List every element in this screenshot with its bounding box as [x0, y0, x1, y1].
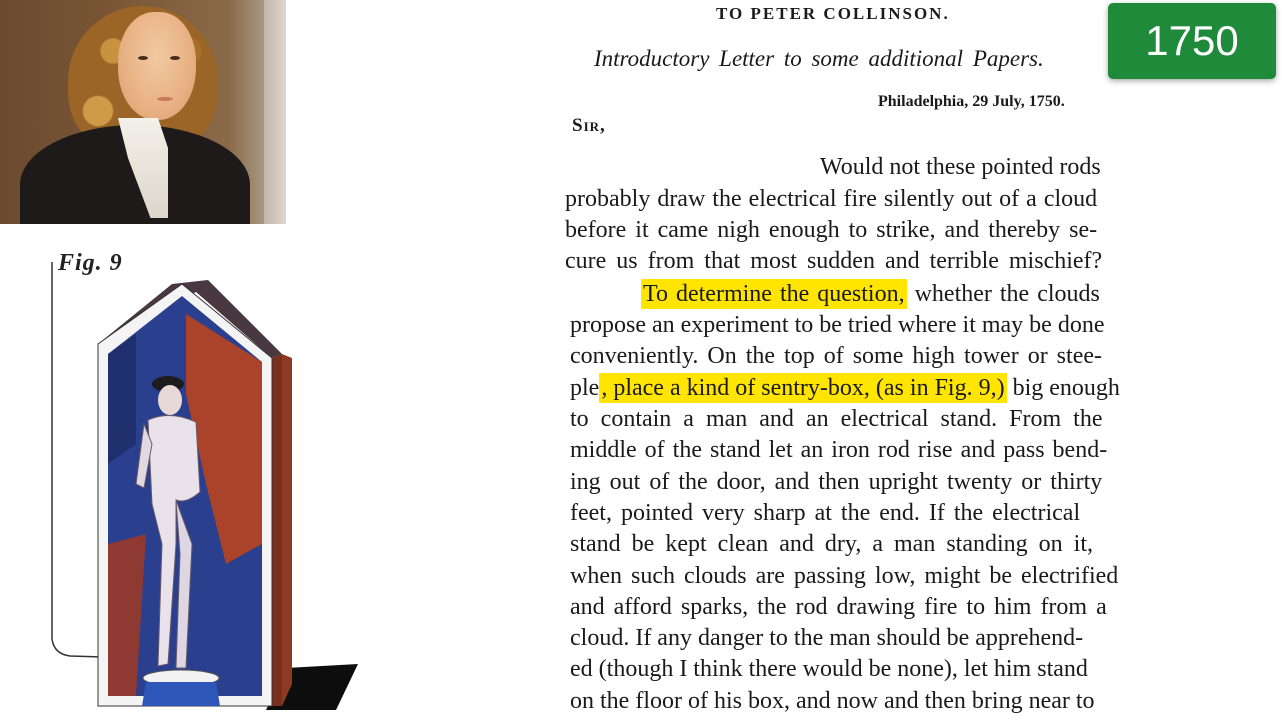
text-line: probably draw the electrical fire silent… — [565, 184, 1097, 215]
letter-dateline: Philadelphia, 29 July, 1750. — [878, 93, 1065, 111]
text-line-highlighted: ple, place a kind of sentry-box, (as in … — [570, 373, 1120, 404]
letter-salutation: Sir, — [572, 115, 606, 137]
text-line: ing out of the door, and then upright tw… — [570, 467, 1102, 498]
line-post: big enough — [1007, 375, 1120, 401]
text-line: stand be kept clean and dry, a man stand… — [570, 529, 1093, 560]
text-line: feet, pointed very sharp at the end. If … — [570, 498, 1080, 529]
portrait-eye-right — [170, 56, 180, 60]
text-line: conveniently. On the top of some high to… — [570, 341, 1102, 372]
franklin-portrait — [0, 0, 286, 224]
sentry-box-illustration — [36, 244, 366, 720]
text-line: before it came nigh enough to strike, an… — [565, 215, 1097, 246]
highlight-determine-question: To determine the question, — [641, 279, 907, 309]
letter-heading: TO PETER COLLINSON. — [716, 4, 950, 24]
text-line: middle of the stand let an iron rod rise… — [570, 435, 1107, 466]
text-line: propose an experiment to be tried where … — [570, 310, 1104, 341]
text-line: Would not these pointed rods — [820, 152, 1101, 183]
text-line: to contain a man and an electrical stand… — [570, 404, 1103, 435]
text-line: ed (though I think there would be none),… — [570, 654, 1088, 685]
year-badge: 1750 — [1108, 3, 1276, 79]
text-line: cure us from that most sudden and terrib… — [565, 246, 1102, 277]
highlight-sentry-box: , place a kind of sentry-box, (as in Fig… — [599, 373, 1006, 403]
sentry-box-figure: Fig. 9 — [36, 244, 366, 720]
portrait-eye-left — [138, 56, 148, 60]
text-line: when such clouds are passing low, might … — [570, 561, 1118, 592]
text-line: cloud. If any danger to the man should b… — [570, 623, 1083, 654]
text-line: on the floor of his box, and now and the… — [570, 686, 1095, 717]
portrait-face — [118, 12, 196, 120]
line-post: whether the clouds — [907, 281, 1100, 307]
year-badge-label: 1750 — [1145, 17, 1238, 65]
text-line: and afford sparks, the rod drawing fire … — [570, 592, 1107, 623]
portrait-mouth — [157, 97, 173, 101]
text-line-highlighted: To determine the question, whether the c… — [641, 279, 1100, 310]
letter-subheading: Introductory Letter to some additional P… — [594, 46, 1044, 72]
portrait-background-wall — [264, 0, 286, 224]
line-pre: ple — [570, 375, 599, 401]
